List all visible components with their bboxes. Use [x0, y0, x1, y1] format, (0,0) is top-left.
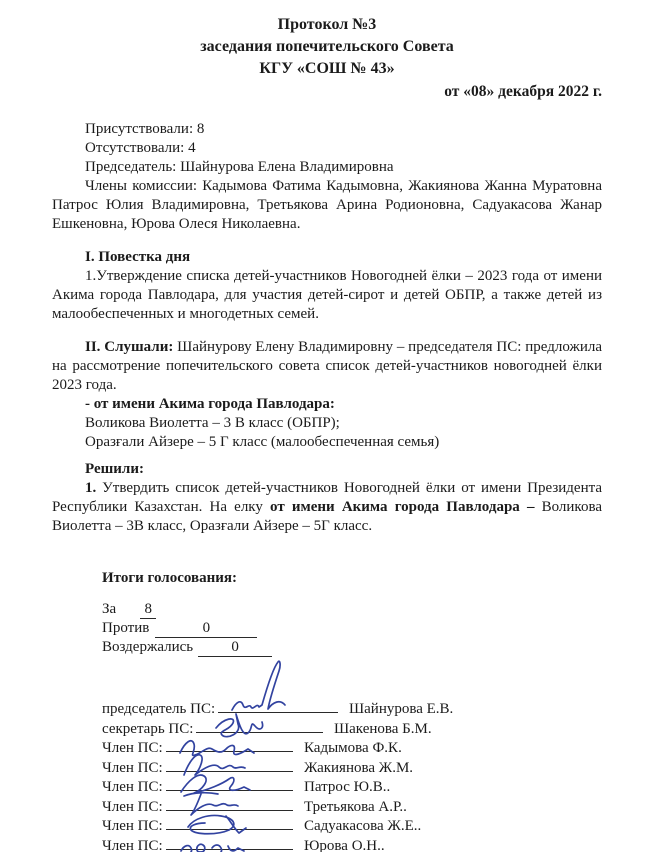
vote-label: За	[102, 600, 116, 619]
signer-name: Третьякова А.Р..	[304, 798, 407, 817]
present-line: Присутствовали: 8	[52, 120, 602, 139]
agenda-heading: I. Повестка дня	[85, 249, 190, 265]
vote-value-underline: 0	[155, 620, 257, 638]
chairman-line: Председатель: Шайнурова Елена Владимиров…	[52, 158, 602, 177]
title-line-3: КГУ «СОШ № 43»	[52, 58, 602, 80]
signer-name: Жакиянова Ж.М.	[304, 759, 413, 778]
signature-row: председатель ПС: Шайнурова Е.В.	[102, 697, 602, 717]
signature-underline	[166, 834, 293, 850]
heard-list-item: Воликова Виолетта – 3 В класс (ОБПР);	[52, 414, 602, 433]
signer-name: Кадымова Ф.К.	[304, 739, 402, 758]
agenda-section: I. Повестка дня 1.Утверждение списка дет…	[52, 248, 602, 324]
heard-list-heading: - от имени Акима города Павлодара:	[85, 396, 335, 412]
heard-list-item: Оразғали Айзере – 5 Г класс (малообеспеч…	[52, 433, 602, 452]
vote-label: Против	[102, 619, 149, 638]
spacer	[52, 324, 602, 338]
absent-line: Отсутствовали: 4	[52, 139, 602, 158]
title-line-1: Протокол №3	[52, 14, 602, 36]
document-page: Протокол №3 заседания попечительского Со…	[0, 0, 655, 852]
heard-paragraph: II. Слушали: Шайнурову Елену Владимировн…	[52, 338, 602, 395]
spacer	[52, 452, 602, 460]
signature-scribble	[176, 825, 262, 852]
heard-label: II. Слушали:	[85, 339, 173, 355]
decided-bold-phrase: от имени Акима города Павлодара –	[270, 499, 534, 515]
signature-row: Член ПС: Юрова О.Н..	[102, 834, 602, 852]
spacer	[52, 657, 602, 697]
signer-name: Шайнурова Е.В.	[349, 700, 453, 719]
signer-name: Садуакасова Ж.Е..	[304, 817, 421, 836]
signer-name: Юрова О.Н..	[304, 837, 385, 852]
spacer	[52, 102, 602, 120]
spacer	[52, 536, 602, 569]
heard-section: II. Слушали: Шайнурову Елену Владимировн…	[52, 338, 602, 452]
signer-role: Член ПС:	[102, 837, 163, 852]
spacer	[52, 588, 602, 600]
voting-results: За 8 Против 0 Воздержались 0	[102, 600, 602, 657]
signatures-section: председатель ПС: Шайнурова Е.В. секретар…	[102, 697, 602, 852]
vote-value-underline: 0	[198, 639, 272, 657]
decided-paragraph: 1. Утвердить список детей-участников Нов…	[52, 479, 602, 536]
document-title: Протокол №3 заседания попечительского Со…	[52, 14, 602, 80]
signer-name: Патрос Ю.В..	[304, 778, 390, 797]
decided-number: 1.	[85, 480, 96, 496]
members-paragraph: Члены комиссии: Кадымова Фатима Кадымовн…	[52, 177, 602, 234]
decided-heading: Решили:	[85, 461, 144, 477]
spacer	[52, 234, 602, 248]
vote-label: Воздержались	[102, 638, 193, 657]
voting-heading: Итоги голосования:	[102, 569, 602, 588]
decided-section: Решили: 1. Утвердить список детей-участн…	[52, 460, 602, 536]
document-date: от «08» декабря 2022 г.	[52, 82, 602, 102]
vote-value-underline: 8	[140, 601, 156, 619]
agenda-item: 1.Утверждение списка детей-участников Но…	[52, 267, 602, 324]
attendance-section: Присутствовали: 8 Отсутствовали: 4 Предс…	[52, 120, 602, 234]
signer-name: Шакенова Б.М.	[334, 720, 432, 739]
vote-row-against: Против 0	[102, 619, 602, 638]
vote-row-for: За 8	[102, 600, 602, 619]
vote-row-abstained: Воздержались 0	[102, 638, 602, 657]
title-line-2: заседания попечительского Совета	[52, 36, 602, 58]
